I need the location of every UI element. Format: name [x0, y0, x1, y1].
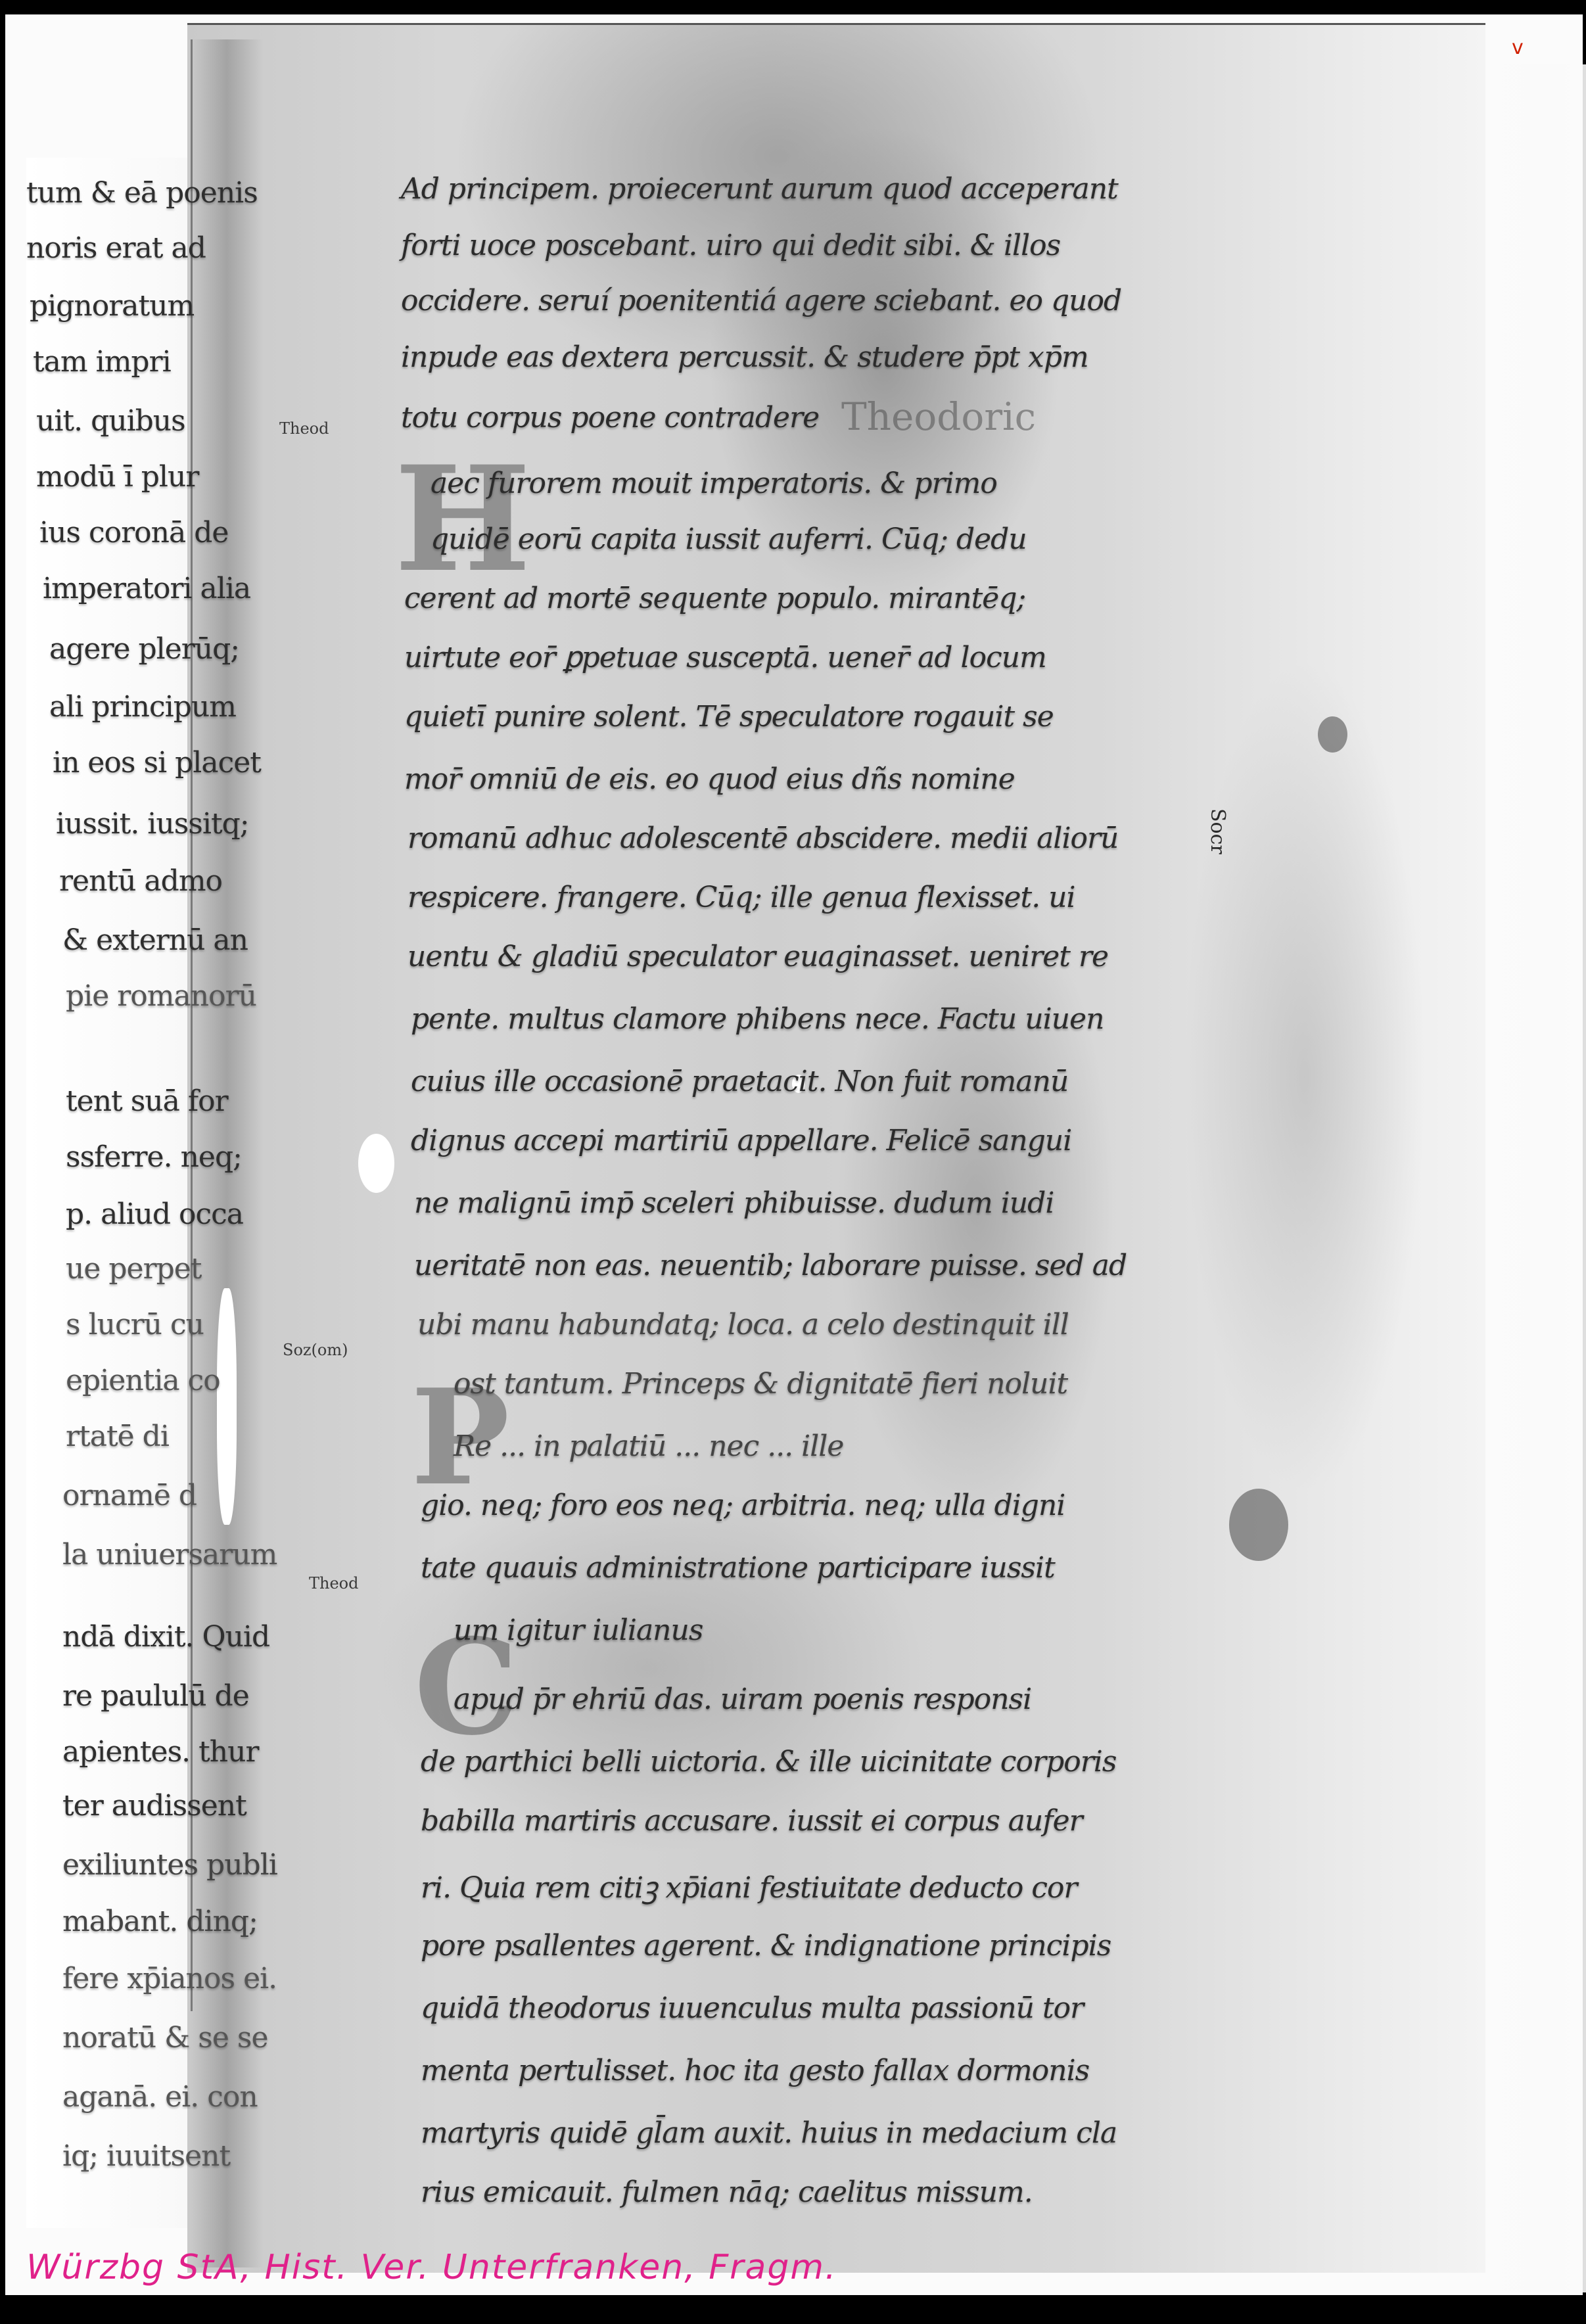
fragment-line: uit. quibus: [36, 404, 185, 438]
margin-note-theod: Theod: [279, 419, 329, 438]
fragment-line: tent suā for: [66, 1084, 228, 1118]
fragment-line: tum & eā poenis: [26, 176, 258, 210]
text-line: ne malignū imp̄ sceleri phibuisse. dudum…: [414, 1186, 1054, 1220]
text-line: quidā theodorus iuuenculus multa passion…: [421, 1991, 1083, 2025]
archive-label: Würzbg StA, Hist. Ver. Unterfranken, Fra…: [26, 2248, 837, 2287]
fragment-line: apientes. thur: [62, 1735, 259, 1769]
fragment-line: & externū an: [62, 923, 248, 957]
fragment-line: tam impri: [33, 345, 171, 379]
stain-mark: [1318, 716, 1347, 753]
text-line: quietī punire solent. Tē speculatore rog…: [404, 700, 1054, 733]
margin-note-vertical: Socr: [1206, 808, 1229, 854]
leaf-edge-fade: [1479, 64, 1586, 2292]
margin-note-theod: Theod: [309, 1574, 358, 1592]
text-line: menta pertulisset. hoc ita gesto fallax …: [421, 2054, 1089, 2087]
text-line: gio. neq; foro eos neq; arbitria. neq; u…: [421, 1489, 1065, 1522]
fragment-line: aganā. ei. con: [62, 2080, 258, 2114]
text-line: apud p̄r ehriū das. uiram poenis respons…: [454, 1683, 1031, 1716]
fragment-line: rtatē di: [66, 1420, 169, 1453]
text-line: romanū adhuc adolescentē abscidere. medi…: [408, 822, 1118, 855]
text-line: cerent ad mortē sequente populo. mirantē…: [404, 582, 1025, 615]
text-line: pore psallentes agerent. & indignatione …: [421, 1929, 1111, 1963]
fragment-line: ndā dixit. Quid: [62, 1620, 269, 1654]
fragment-line: ornamē d: [62, 1479, 197, 1512]
text-line: ueritatē non eas. neuentib; laborare pui…: [414, 1249, 1127, 1282]
fragment-line: noratū & se se: [62, 2021, 268, 2055]
fragment-line: re paululū de: [62, 1679, 249, 1713]
fragment-line: ter audissent: [62, 1789, 246, 1823]
text-line: uentu & gladiū speculator euaginasset. u…: [408, 940, 1108, 973]
fragment-line: mabant. dinq;: [62, 1905, 258, 1938]
parchment-hole: [358, 1134, 394, 1193]
text-line: mor̄ omniū de eis. eo quod eius dñs nomi…: [404, 762, 1015, 796]
text-line: Ad principem. proiecerunt aurum quod acc…: [401, 172, 1118, 206]
fragment-line: noris erat ad: [26, 231, 206, 265]
text-line: quidē eorū capita iussit auferri. Cūq; d…: [431, 523, 1027, 556]
fragment-line: modū ī plur: [36, 460, 198, 494]
text-line: cuius ille occasionē praetacit. Non fuit…: [411, 1065, 1068, 1098]
fragment-line: epientia co: [66, 1364, 220, 1397]
text-line: aec furorem mouit imperatoris. & primo: [431, 467, 997, 500]
corner-mark: v: [1512, 36, 1524, 59]
text-line: Re ... in palatiū ... nec ... ille: [454, 1429, 843, 1463]
text-line: dignus accepi martiriū appellare. Felicē…: [411, 1124, 1071, 1157]
fragment-line: ali principum: [49, 690, 236, 724]
text-line: ost tantum. Princeps & dignitatē fieri n…: [454, 1367, 1067, 1401]
fragment-line: ssferre. neq;: [66, 1140, 242, 1174]
text-line: ri. Quia rem citiꝫ xp̄iani festiuitate d…: [421, 1867, 1077, 1906]
text-line: pente. multus clamore phibens nece. Fact…: [411, 1002, 1104, 1036]
text-line: occidere. seruí poenitentiá agere scieba…: [401, 284, 1121, 317]
text-line: martyris quidē gl̄am auxit. huius in med…: [421, 2116, 1117, 2150]
text-line: babilla martiris accusare. iussit ei cor…: [421, 1804, 1083, 1838]
stain-mark: [1229, 1489, 1288, 1561]
initial-h: H: [394, 434, 531, 604]
fragment-line: rentū admo: [59, 864, 222, 898]
margin-note-soz: Soz(om): [283, 1341, 348, 1359]
parchment-hole: [217, 1288, 237, 1525]
fragment-line: s lucrū cu: [66, 1308, 204, 1341]
fragment-line: agere plerūq;: [49, 632, 239, 666]
fragment-line: ius coronā de: [39, 516, 228, 549]
text-line: totu corpus poene contradere: [401, 401, 819, 434]
text-line: um igitur iulianus: [454, 1614, 703, 1647]
text-line: forti uoce poscebant. uiro qui dedit sib…: [401, 229, 1060, 262]
fragment-line: ue perpet: [66, 1252, 202, 1286]
fragment-line: iq; iuuitsent: [62, 2139, 230, 2173]
text-line: respicere. frangere. Cūq; ille genua fle…: [408, 881, 1075, 914]
text-line: uirtute eor̄ ꝑpetuae susceptā. uener̄ ad…: [404, 641, 1046, 674]
fragment-line: iussit. iussitq;: [56, 807, 249, 841]
fragment-line: fere xp̄ianos ei.: [62, 1962, 277, 1995]
fragment-line: pie romanorū: [66, 979, 256, 1013]
text-line: tate quauis administratione participare …: [421, 1551, 1055, 1585]
fragment-line: pignoratum: [30, 289, 194, 323]
fragment-line: p. aliud occa: [66, 1197, 243, 1231]
fragment-line: exiliuntes publi: [62, 1848, 277, 1882]
fragment-line: in eos si placet: [53, 746, 261, 779]
gutter-line: [191, 39, 193, 2011]
text-line: inpude eas dextera percussit. & studere …: [401, 340, 1088, 374]
rubric-heading: Theodoric: [841, 394, 1036, 439]
text-line: ubi manu habundatq; loca. a celo destinq…: [417, 1308, 1069, 1341]
text-line: de parthici belli uictoria. & ille uicin…: [421, 1745, 1116, 1778]
fragment-line: la uniuersarum: [62, 1538, 277, 1571]
text-line: rius emicauit. fulmen nāq; caelitus miss…: [421, 2175, 1033, 2209]
fragment-line: imperatori alia: [43, 572, 250, 605]
